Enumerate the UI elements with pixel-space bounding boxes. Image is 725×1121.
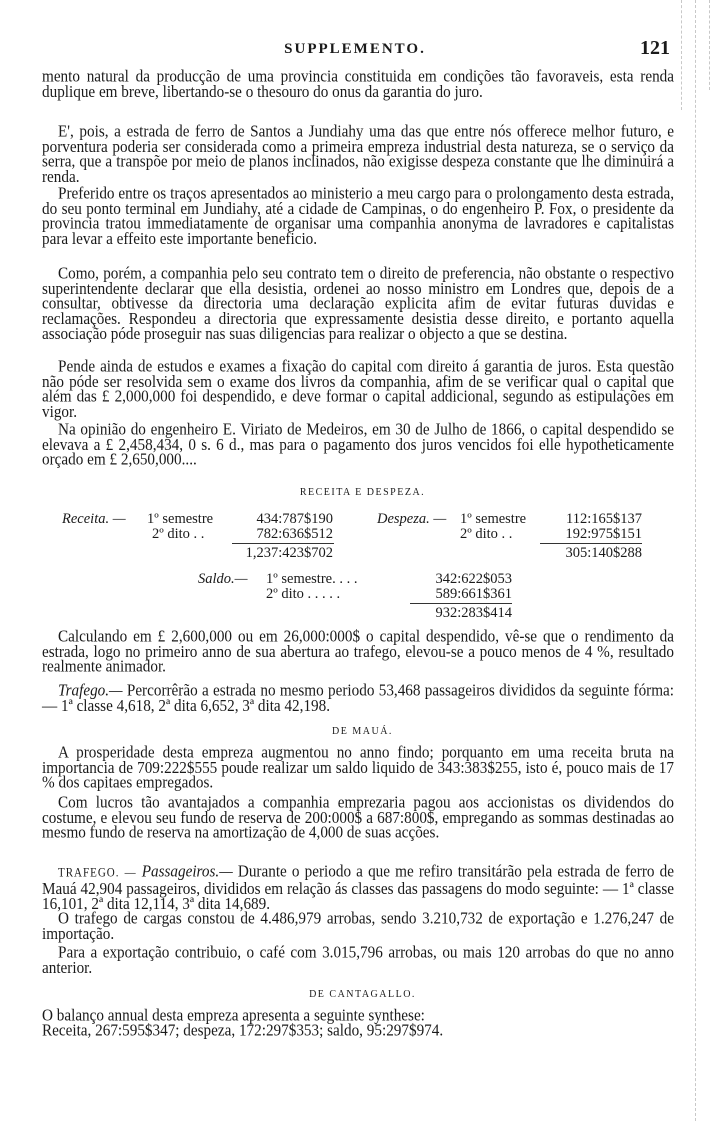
heading-cantagallo: DE CANTAGALLO. xyxy=(0,989,725,1000)
maua-paragraph-block: A prosperidade desta empreza augmentou n… xyxy=(42,745,674,786)
santos-paragraph-block: Como, porém, a companhia pelo seu contra… xyxy=(42,266,674,334)
despeza-row2-value: 192:975$151 xyxy=(565,526,642,543)
cantagallo-block: Receita, 267:595$347; despeza, 172:297$3… xyxy=(42,1023,674,1037)
saldo-row2-label: 2º dito . . . . . xyxy=(266,586,340,603)
maua-paragraph-block: Com lucros tão avantajados a companhia e… xyxy=(42,795,674,836)
despeza-total: 305:140$288 xyxy=(565,545,642,562)
margin-artifacts xyxy=(675,0,725,1121)
paragraph: Preferido entre os traços apresentados a… xyxy=(42,186,674,247)
passageiros-label: Passageiros.— xyxy=(137,862,233,881)
maua-paragraph-block: Para a exportação contribuio, o café com… xyxy=(42,945,674,972)
paragraph: A prosperidade desta empreza augmentou n… xyxy=(42,745,674,791)
paragraph: E', pois, a estrada de ferro de Santos a… xyxy=(42,124,674,185)
saldo-total: 932:283$414 xyxy=(435,605,512,622)
saldo-row2-value: 589:661$361 xyxy=(435,586,512,603)
sum-rule xyxy=(540,543,642,544)
santos-paragraph-block: Preferido entre os traços apresentados a… xyxy=(42,186,674,240)
receita-total: 1,237:423$702 xyxy=(246,545,333,562)
paragraph: O trafego de cargas constou de 4.486,979… xyxy=(42,911,674,941)
paragraph: Na opinião do engenheiro E. Viriato de M… xyxy=(42,422,674,468)
sum-rule xyxy=(410,603,512,604)
cantagallo-block: O balanço annual desta empreza apresenta… xyxy=(42,1008,674,1022)
maua-trafego-block: TRAFEGO. — Passageiros.— Durante o perio… xyxy=(42,864,674,907)
running-title: SUPPLEMENTO. xyxy=(40,41,670,58)
santos-paragraph-block: Pende ainda de estudos e exames a fixaçã… xyxy=(42,359,674,413)
trafego-caps-label: TRAFEGO. — xyxy=(58,866,137,879)
paragraph: Para a exportação contribuio, o café com… xyxy=(42,945,674,975)
paragraph: Com lucros tão avantajados a companhia e… xyxy=(42,795,674,841)
despeza-label: Despeza. — xyxy=(377,511,446,528)
paragraph: Pende ainda de estudos e exames a fixaçã… xyxy=(42,359,674,420)
maua-paragraph-block: O trafego de cargas constou de 4.486,979… xyxy=(42,911,674,938)
saldo-label: Saldo.— xyxy=(198,571,248,588)
receita-row2-label: 2º dito . . xyxy=(152,526,204,543)
santos-paragraph-block: E', pois, a estrada de ferro de Santos a… xyxy=(42,124,674,178)
receita-label: Receita. — xyxy=(62,511,126,528)
page-number: 121 xyxy=(640,37,670,60)
paragraph: Como, porém, a companhia pelo seu contra… xyxy=(42,266,674,342)
sum-rule xyxy=(232,543,334,544)
paragraph: mento natural da producção de uma provin… xyxy=(42,69,674,99)
cantagallo-line-2: Receita, 267:595$347; despeza, 172:297$3… xyxy=(42,1023,674,1038)
receita-row2-value: 782:636$512 xyxy=(256,526,333,543)
trafego-paragraph: Trafego.— Percorrêrão a estrada no mesmo… xyxy=(42,683,674,713)
paragraph: Calculando em £ 2,600,000 ou em 26,000:0… xyxy=(42,629,674,675)
santos-paragraph-block: Na opinião do engenheiro E. Viriato de M… xyxy=(42,422,674,463)
maua-trafego-paragraph: TRAFEGO. — Passageiros.— Durante o perio… xyxy=(42,864,674,912)
trafego-text: Percorrêrão a estrada no mesmo periodo 5… xyxy=(42,681,674,715)
trafego-block: Trafego.— Percorrêrão a estrada no mesmo… xyxy=(42,683,674,710)
santos-cont-block: Calculando em £ 2,600,000 ou em 26,000:0… xyxy=(42,629,674,670)
page-header: SUPPLEMENTO. 121 xyxy=(40,37,670,61)
despeza-row2-label: 2º dito . . xyxy=(460,526,512,543)
heading-maua: DE MAUÁ. xyxy=(0,726,725,737)
santos-section: mento natural da producção de uma provin… xyxy=(42,69,674,99)
document-page: SUPPLEMENTO. 121 mento natural da produc… xyxy=(0,0,725,1121)
heading-receita-despeza: RECEITA E DESPEZA. xyxy=(0,487,725,498)
